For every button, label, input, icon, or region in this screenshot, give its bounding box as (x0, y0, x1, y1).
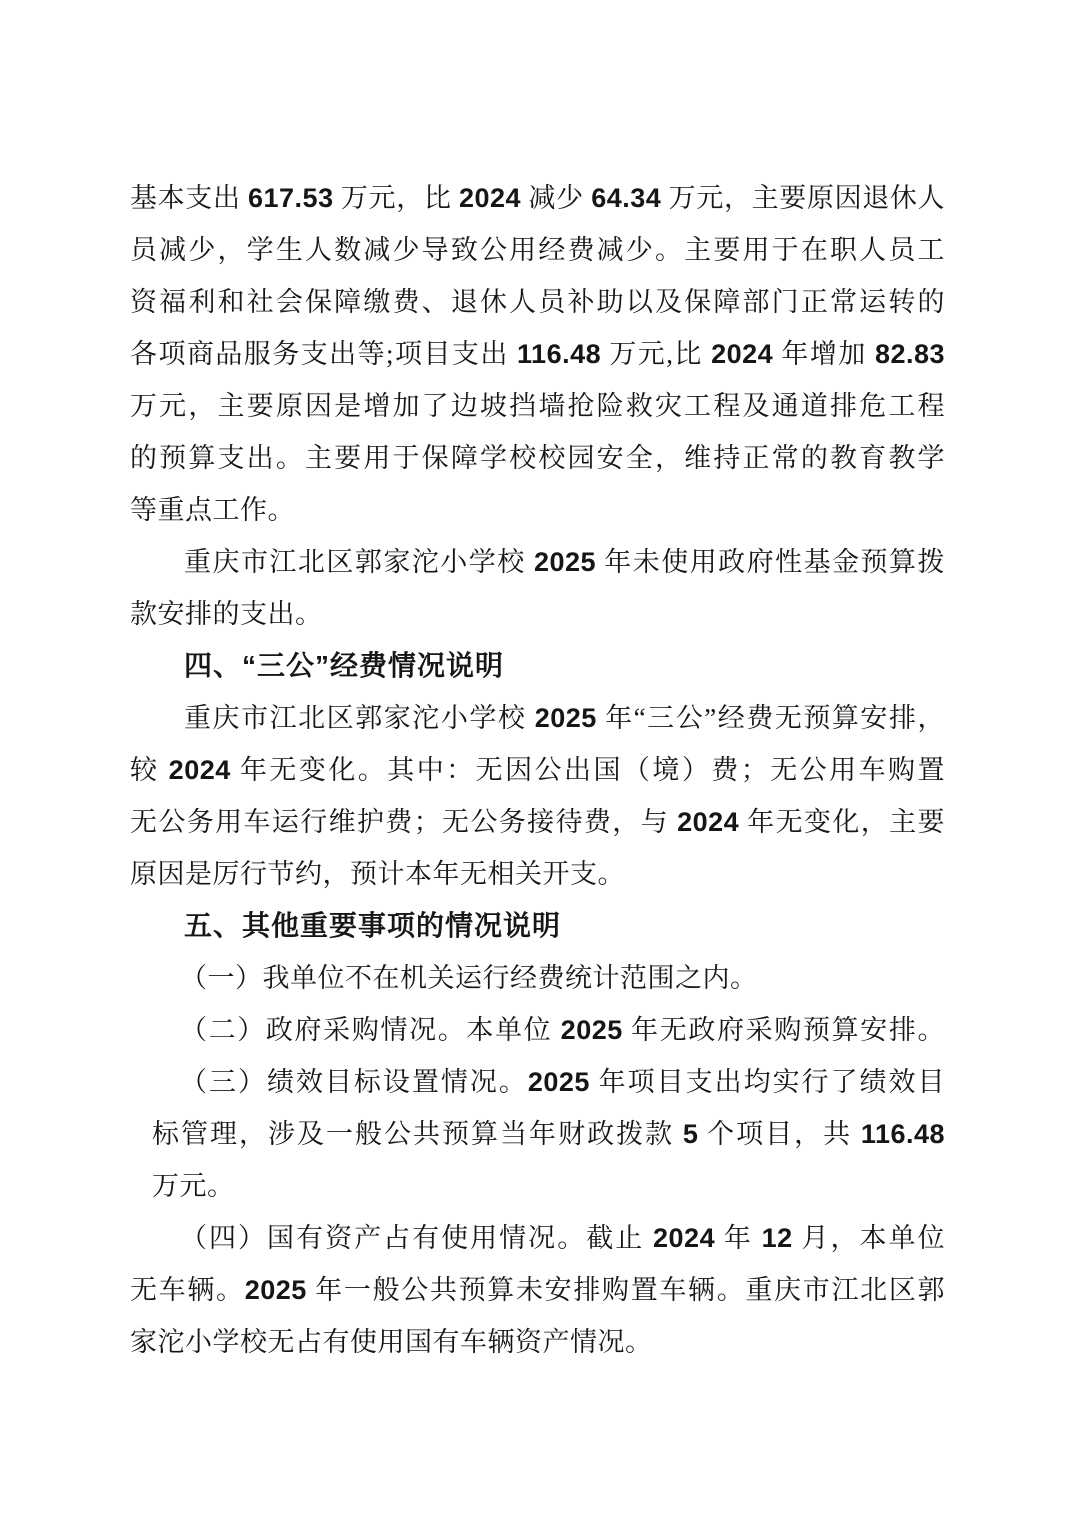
numeric-value: 116.48 (517, 339, 601, 369)
text-line: （二）政府采购情况。本单位 2025 年无政府采购预算安排。 (130, 1004, 945, 1056)
text-line: 的预算支出。主要用于保障学校校园安全，维持正常的教育教学 (130, 432, 945, 484)
text-line: 款安排的支出。 (130, 588, 945, 640)
numeric-value: 12 (762, 1223, 793, 1253)
text-line: 基本支出 617.53 万元，比 2024 减少 64.34 万元，主要原因退休… (130, 172, 945, 224)
text-line: 原因是厉行节约，预计本年无相关开支。 (130, 848, 945, 900)
numeric-value: 2025 (561, 1015, 623, 1045)
section-heading: 五、其他重要事项的情况说明 (130, 900, 945, 952)
text-line: 标管理，涉及一般公共预算当年财政拨款 5 个项目，共 116.48 (130, 1108, 945, 1160)
text-line: 无公务用车运行维护费；无公务接待费，与 2024 年无变化，主要 (130, 796, 945, 848)
numeric-value: 82.83 (875, 339, 945, 369)
numeric-value: 2025 (534, 547, 596, 577)
numeric-value: 2025 (245, 1275, 307, 1305)
text-line: 较 2024 年无变化。其中：无因公出国（境）费；无公用车购置费； (130, 744, 945, 796)
text-line: 各项商品服务支出等;项目支出 116.48 万元,比 2024 年增加 82.8… (130, 328, 945, 380)
section-heading: 四、“三公”经费情况说明 (130, 640, 945, 692)
numeric-value: 2024 (459, 183, 521, 213)
numeric-value: 2025 (528, 1067, 590, 1097)
numeric-value: 2024 (653, 1223, 715, 1253)
text-line: 万元。 (130, 1160, 945, 1212)
document-page: 基本支出 617.53 万元，比 2024 减少 64.34 万元，主要原因退休… (0, 0, 1075, 1519)
text-line: 家沱小学校无占有使用国有车辆资产情况。 (130, 1316, 945, 1368)
numeric-value: 2024 (169, 755, 231, 785)
text-line: 等重点工作。 (130, 484, 945, 536)
numeric-value: 2025 (535, 703, 597, 733)
numeric-value: 116.48 (861, 1119, 945, 1149)
numeric-value: 2024 (711, 339, 773, 369)
numeric-value: 5 (683, 1119, 699, 1149)
text-line: （一）我单位不在机关运行经费统计范围之内。 (130, 952, 945, 1004)
text-line: 无车辆。2025 年一般公共预算未安排购置车辆。重庆市江北区郭 (130, 1264, 945, 1316)
text-line: 万元，主要原因是增加了边坡挡墙抢险救灾工程及通道排危工程 (130, 380, 945, 432)
document-body: 基本支出 617.53 万元，比 2024 减少 64.34 万元，主要原因退休… (130, 172, 945, 1368)
numeric-value: 617.53 (248, 183, 334, 213)
numeric-value: 2024 (677, 807, 739, 837)
text-line: （四）国有资产占有使用情况。截止 2024 年 12 月，本单位 (130, 1212, 945, 1264)
text-line: 资福利和社会保障缴费、退休人员补助以及保障部门正常运转的 (130, 276, 945, 328)
text-line: 重庆市江北区郭家沱小学校 2025 年“三公”经费无预算安排， (130, 692, 945, 744)
text-line: 重庆市江北区郭家沱小学校 2025 年未使用政府性基金预算拨 (130, 536, 945, 588)
text-line: 员减少，学生人数减少导致公用经费减少。主要用于在职人员工 (130, 224, 945, 276)
text-line: （三）绩效目标设置情况。2025 年项目支出均实行了绩效目 (130, 1056, 945, 1108)
numeric-value: 64.34 (591, 183, 661, 213)
